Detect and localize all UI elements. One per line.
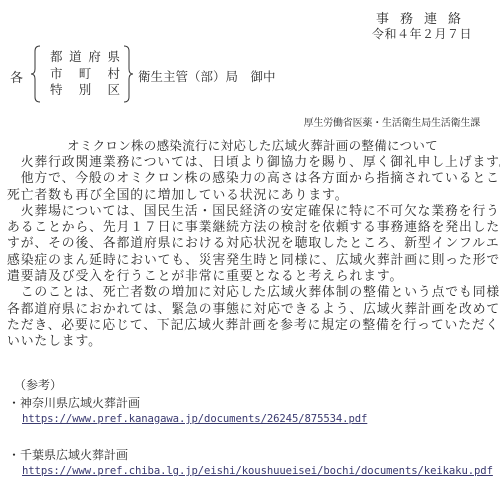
body-line: 死亡者数も再び全国的に増加している状況にあります。 <box>7 188 477 204</box>
reference-link-kanagawa[interactable]: https://www.pref.kanagawa.jp/documents/2… <box>22 411 493 427</box>
org-row-special-wards: 特 別 区 <box>50 82 120 99</box>
organization-list: 都 道 府 県 市 町 村 特 別 区 <box>50 49 120 99</box>
addressee-prefix: 各 <box>10 67 23 86</box>
reference-title: ・神奈川県広域火葬計画 <box>8 395 493 411</box>
body-line: 火葬場については、国民生活・国民経済の安定確保に特に不可欠な業務を行う事業者で <box>7 204 477 220</box>
body-line: ただき、必要に応じて、下記広域火葬計画を参考に規定の整備を行っていただくようお願 <box>7 318 477 334</box>
body-line: すが、その後、各都道府県における対応状況を聴取したところ、新型インフルエンザ等の <box>7 236 477 252</box>
body-line: このことは、死亡者数の増加に対応した広域火葬体制の整備という点でも同様であり、 <box>7 285 477 301</box>
document-subject: オミクロン株の感染流行に対応した広域火葬計画の整備について <box>67 136 438 154</box>
reference-item-chiba: ・千葉県広域火葬計画 https://www.pref.chiba.lg.jp/… <box>8 447 493 479</box>
document-body: 火葬行政関連業務については、日頃より御協力を賜り、厚く御礼申し上げます。 他方で… <box>7 155 477 351</box>
org-row-municipalities: 市 町 村 <box>50 66 120 83</box>
reference-title: ・千葉県広域火葬計画 <box>8 447 493 463</box>
references-section: （参考） ・神奈川県広域火葬計画 https://www.pref.kanaga… <box>8 376 493 479</box>
body-line: いいたします。 <box>7 334 477 350</box>
body-line: 他方で、今般のオミクロン株の感染力の高さは各方面から指摘されているところであり、 <box>7 171 477 187</box>
body-line: あることから、先月１７日に事業継続方法の検討を依頼する事務連絡を発出したところで <box>7 220 477 236</box>
right-brace-icon <box>122 45 134 103</box>
left-brace-icon <box>30 45 42 103</box>
body-line: 各都道府県におかれては、緊急の事態に対応できるよう、広域火葬計画を改めてご確認い <box>7 302 477 318</box>
body-line: 火葬行政関連業務については、日頃より御協力を賜り、厚く御礼申し上げます。 <box>7 155 477 171</box>
sender-department: 厚生労働省医薬・生活衛生局生活衛生課 <box>304 114 480 129</box>
reference-link-chiba[interactable]: https://www.pref.chiba.lg.jp/eishi/koush… <box>22 463 493 479</box>
document-date: 令和４年２月７日 <box>372 25 472 42</box>
body-line: 遣要請及び受入を行うことが非常に重要となると考えられます。 <box>7 269 477 285</box>
recipient-label: 衛生主管（部）局 御中 <box>138 67 276 85</box>
references-heading: （参考） <box>14 376 493 393</box>
reference-item-kanagawa: ・神奈川県広域火葬計画 https://www.pref.kanagawa.jp… <box>8 395 493 427</box>
body-line: 感染症のまん延時においても、災害発生時と同様に、広域火葬計画に則った形で要員の派 <box>7 253 477 269</box>
org-row-prefectures: 都 道 府 県 <box>50 49 120 66</box>
